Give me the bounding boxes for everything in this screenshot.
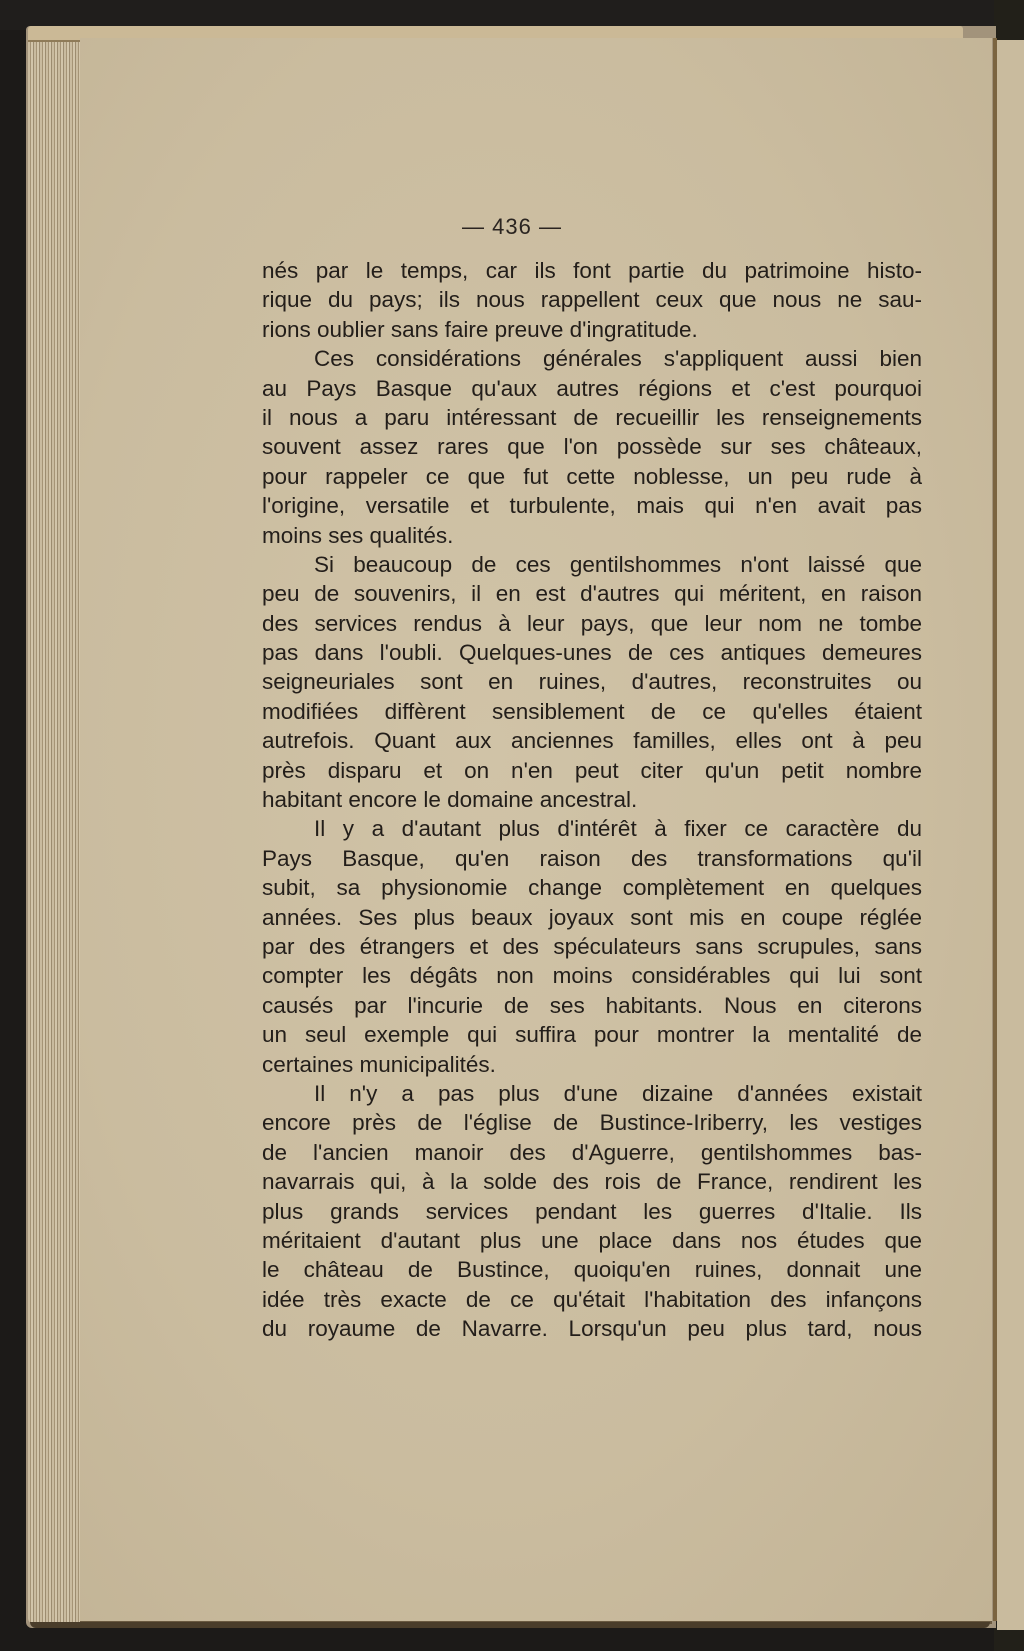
text-line: rions oublier sans faire preuve d'ingrat… [262, 315, 922, 344]
text-line: il nous a paru intéressant de recueillir… [262, 403, 922, 432]
text-line: près disparu et on n'en peut citer qu'un… [262, 756, 922, 785]
text-line: Il y a d'autant plus d'intérêt à fixer c… [262, 814, 922, 843]
text-line: par des étrangers et des spéculateurs sa… [262, 932, 922, 961]
text-line: seigneuriales sont en ruines, d'autres, … [262, 667, 922, 696]
text-line: rique du pays; ils nous rappellent ceux … [262, 285, 922, 314]
facing-page-edge [997, 40, 1024, 1630]
text-line: des services rendus à leur pays, que leu… [262, 609, 922, 638]
text-line: l'origine, versatile et turbulente, mais… [262, 491, 922, 520]
text-line: de l'ancien manoir des d'Aguerre, gentil… [262, 1138, 922, 1167]
text-line: pas dans l'oubli. Quelques-unes de ces a… [262, 638, 922, 667]
text-line: idée très exacte de ce qu'était l'habita… [262, 1285, 922, 1314]
text-line: peu de souvenirs, il en est d'autres qui… [262, 579, 922, 608]
text-line: compter les dégâts non moins considérabl… [262, 961, 922, 990]
text-line: habitant encore le domaine ancestral. [262, 785, 922, 814]
text-line: plus grands services pendant les guerres… [262, 1197, 922, 1226]
body-text: nés par le temps, car ils font partie du… [262, 256, 922, 1343]
text-line: années. Ses plus beaux joyaux sont mis e… [262, 903, 922, 932]
text-line: moins ses qualités. [262, 521, 922, 550]
text-line: causés par l'incurie de ses habitants. N… [262, 991, 922, 1020]
page-edges [28, 32, 82, 1624]
text-line: le château de Bustince, quoiqu'en ruines… [262, 1255, 922, 1284]
text-line: au Pays Basque qu'aux autres régions et … [262, 374, 922, 403]
text-line: souvent assez rares que l'on possède sur… [262, 432, 922, 461]
paragraph: Si beaucoup de ces gentilshommes n'ont l… [262, 550, 922, 815]
text-line: Ces considérations générales s'appliquen… [262, 344, 922, 373]
text-line: modifiées diffèrent sensiblement de ce q… [262, 697, 922, 726]
text-line: du royaume de Navarre. Lorsqu'un peu plu… [262, 1314, 922, 1343]
text-line: nés par le temps, car ils font partie du… [262, 256, 922, 285]
text-line: Il n'y a pas plus d'une dizaine d'années… [262, 1079, 922, 1108]
text-line: méritaient d'autant plus une place dans … [262, 1226, 922, 1255]
paragraph: Il y a d'autant plus d'intérêt à fixer c… [262, 814, 922, 1079]
text-line: certaines municipalités. [262, 1050, 922, 1079]
page-bottom-edge [30, 1622, 990, 1628]
text-line: Si beaucoup de ces gentilshommes n'ont l… [262, 550, 922, 579]
text-line: navarrais qui, à la solde des rois de Fr… [262, 1167, 922, 1196]
text-line: Pays Basque, qu'en raison des transforma… [262, 844, 922, 873]
text-line: subit, sa physionomie change complètemen… [262, 873, 922, 902]
page-number: — 436 — [0, 214, 1024, 240]
paragraph: nés par le temps, car ils font partie du… [262, 256, 922, 344]
paragraph: Il n'y a pas plus d'une dizaine d'années… [262, 1079, 922, 1344]
paragraph: Ces considérations générales s'appliquen… [262, 344, 922, 550]
text-line: pour rappeler ce que fut cette noblesse,… [262, 462, 922, 491]
text-line: autrefois. Quant aux anciennes familles,… [262, 726, 922, 755]
text-line: un seul exemple qui suffira pour montrer… [262, 1020, 922, 1049]
text-line: encore près de l'église de Bustince-Irib… [262, 1108, 922, 1137]
